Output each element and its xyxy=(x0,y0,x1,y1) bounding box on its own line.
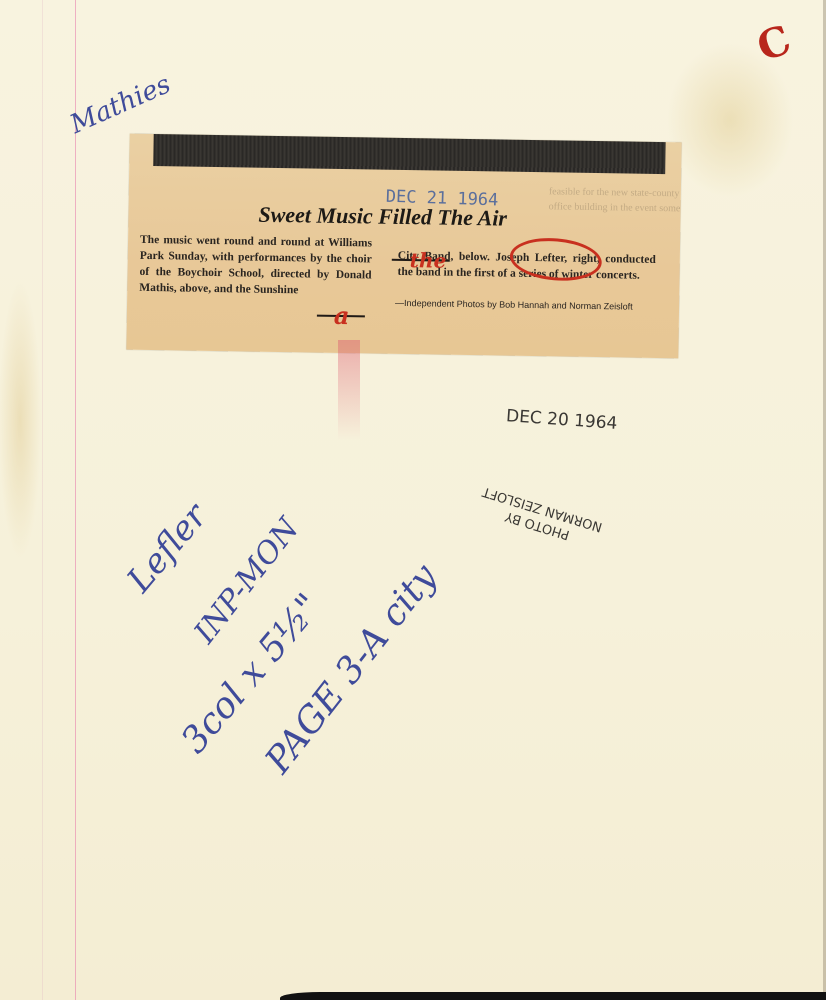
bleedthrough-text: feasible for the new state-county office… xyxy=(549,184,689,216)
clipping-photo-strip xyxy=(153,134,665,174)
clipping-photo-credit: —Independent Photos by Bob Hannah and No… xyxy=(395,298,633,312)
red-edit-the: the xyxy=(410,248,447,273)
red-smudge xyxy=(338,340,360,440)
clipping-headline: Sweet Music Filled The Air xyxy=(258,202,507,232)
clipping-column-1: The music went round and round at Willia… xyxy=(139,232,372,300)
red-edit-a: a xyxy=(334,301,350,330)
margin-line-faint xyxy=(42,0,43,1000)
newspaper-clipping: feasible for the new state-county office… xyxy=(126,134,681,359)
bottom-edge-shadow xyxy=(280,992,826,1000)
margin-line xyxy=(75,0,76,1000)
